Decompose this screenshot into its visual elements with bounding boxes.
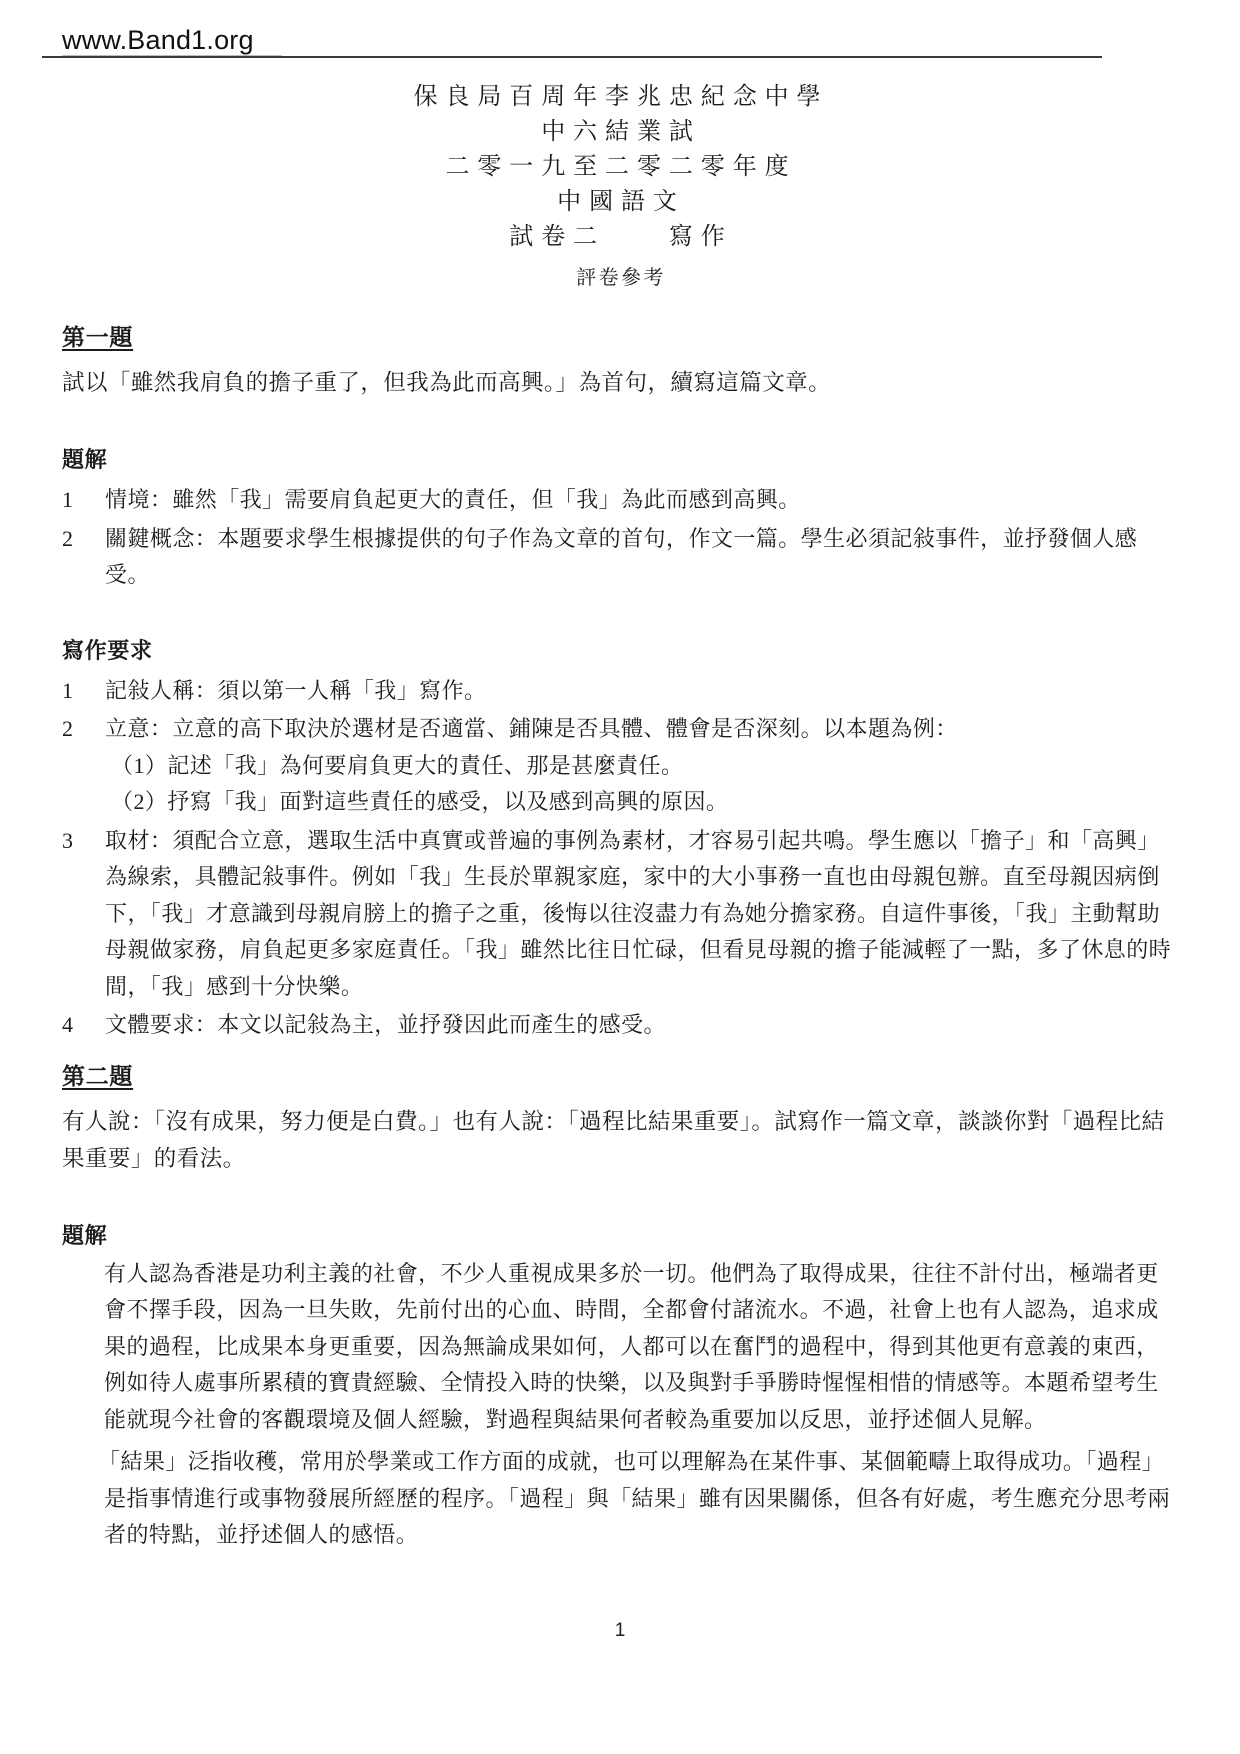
item-text: 記敍人稱：須以第一人稱「我」寫作。 [105,673,1180,710]
paper-name: 試卷二 寫作 [62,220,1180,255]
list-item: 1 記敍人稱：須以第一人稱「我」寫作。 [62,673,1180,710]
watermark-site-url: www.Band1.org [62,25,282,56]
sub-item: （1）記述「我」為何要肩負更大的責任、那是甚麼責任。 [111,748,1180,785]
sub-item: （2）抒寫「我」面對這些責任的感受，以及感到高興的原因。 [111,784,1180,821]
list-item: 3 取材：須配合立意，選取生活中真實或普遍的事例為素材，才容易引起共鳴。學生應以… [62,823,1180,1006]
item-number: 2 [62,711,105,748]
question-1-prompt: 試以「雖然我肩負的擔子重了，但我為此而高興。」為首句，續寫這篇文章。 [62,364,1180,401]
item-number: 1 [62,482,105,519]
sub-item-list: （1）記述「我」為何要肩負更大的責任、那是甚麼責任。 （2）抒寫「我」面對這些責… [111,748,1180,821]
item-text: 立意：立意的高下取決於選材是否適當、鋪陳是否具體、體會是否深刻。以本題為例： [105,711,1180,748]
document-page: www.Band1.org 保良局百周年李兆忠紀念中學 中六結業試 二零一九至二… [0,0,1240,1754]
q1-writing-req-list: 1 記敍人稱：須以第一人稱「我」寫作。 2 立意：立意的高下取決於選材是否適當、… [62,673,1180,1044]
academic-year: 二零一九至二零二零年度 [62,150,1180,185]
exam-name: 中六結業試 [62,115,1180,150]
page-number: 1 [0,1620,1240,1642]
item-text: 取材：須配合立意，選取生活中真實或普遍的事例為素材，才容易引起共鳴。學生應以「擔… [105,823,1180,1006]
q1-tijie-heading: 題解 [62,443,1180,474]
list-item: 1 情境：雖然「我」需要肩負起更大的責任，但「我」為此而感到高興。 [62,482,1180,519]
q1-writing-req-heading: 寫作要求 [62,634,1180,665]
title-block: 保良局百周年李兆忠紀念中學 中六結業試 二零一九至二零二零年度 中國語文 試卷二… [62,80,1180,293]
item-number: 1 [62,673,105,710]
question-2-section: 第二題 有人說：「沒有成果，努力便是白費。」也有人說：「過程比結果重要」。試寫作… [62,1044,1180,1554]
item-number: 4 [62,1007,105,1044]
q1-tijie-list: 1 情境：雖然「我」需要肩負起更大的責任，但「我」為此而感到高興。 2 關鍵概念… [62,482,1180,594]
q2-tijie-paragraph: 有人認為香港是功利主義的社會，不少人重視成果多於一切。他們為了取得成果，往往不計… [62,1256,1180,1439]
question-1-section: 第一題 試以「雖然我肩負的擔子重了，但我為此而高興。」為首句，續寫這篇文章。 題… [62,293,1180,1044]
page-header-rule: www.Band1.org [42,22,1102,58]
q2-tijie-heading: 題解 [62,1219,1180,1250]
item-text: 關鍵概念：本題要求學生根據提供的句子作為文章的首句，作文一篇。學生必須記敍事件，… [105,521,1180,594]
item-text: 文體要求：本文以記敍為主，並抒發因此而產生的感受。 [105,1007,1180,1044]
list-item: 4 文體要求：本文以記敍為主，並抒發因此而產生的感受。 [62,1007,1180,1044]
list-item: 2 關鍵概念：本題要求學生根據提供的句子作為文章的首句，作文一篇。學生必須記敍事… [62,521,1180,594]
question-2-heading: 第二題 [62,1058,133,1091]
question-2-prompt: 有人說：「沒有成果，努力便是白費。」也有人說：「過程比結果重要」。試寫作一篇文章… [62,1103,1180,1177]
question-1-heading: 第一題 [62,319,133,352]
school-name: 保良局百周年李兆忠紀念中學 [62,80,1180,115]
item-text: 情境：雖然「我」需要肩負起更大的責任，但「我」為此而感到高興。 [105,482,1180,519]
list-item: 2 立意：立意的高下取決於選材是否適當、鋪陳是否具體、體會是否深刻。以本題為例： [62,711,1180,748]
q2-tijie-paragraph: 「結果」泛指收穫，常用於學業或工作方面的成就，也可以理解為在某件事、某個範疇上取… [62,1444,1180,1554]
marking-scheme-label: 評卷參考 [62,263,1180,293]
item-number: 2 [62,521,105,594]
subject-name: 中國語文 [62,185,1180,220]
item-number: 3 [62,823,105,1006]
